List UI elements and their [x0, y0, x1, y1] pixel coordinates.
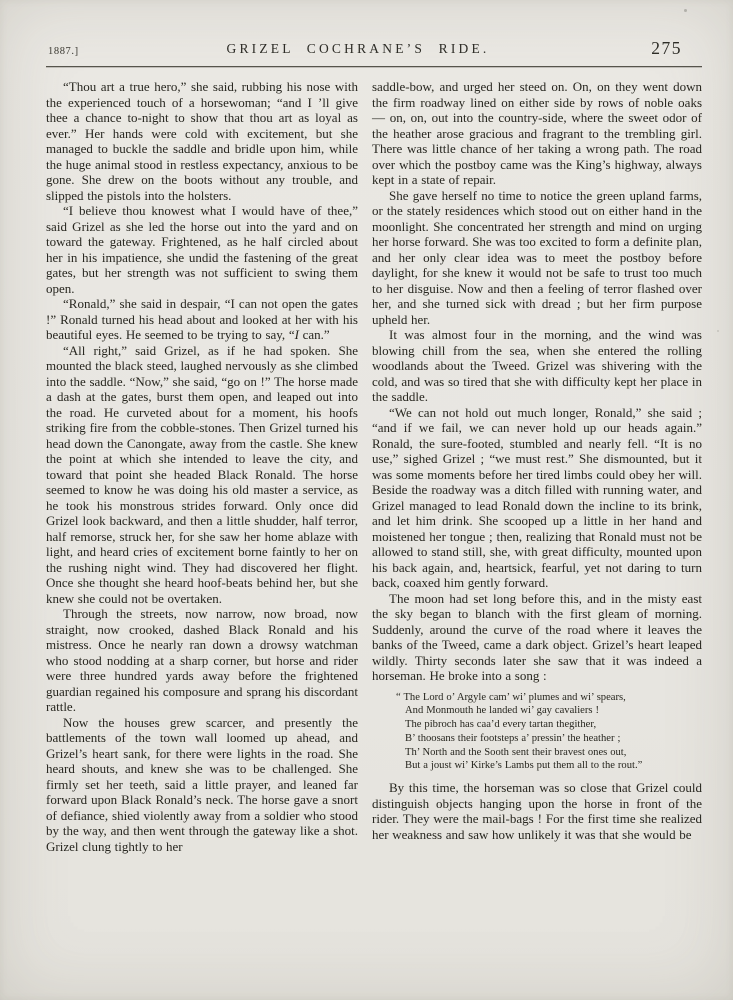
song-line: “ The Lord o’ Argyle cam’ wi’ plumes and… — [396, 691, 702, 705]
paragraph: By this time, the horseman was so close … — [372, 780, 702, 842]
song-line: The pibroch has caa’d every tartan thegi… — [396, 718, 702, 732]
song-line: But a joust wi’ Kirke’s Lambs put them a… — [396, 759, 702, 773]
left-column: “Thou art a true hero,” she said, rubbin… — [46, 79, 358, 854]
song-line: Th’ North and the Sooth sent their brave… — [396, 746, 702, 760]
song-verse: “ The Lord o’ Argyle cam’ wi’ plumes and… — [396, 691, 702, 774]
song-line: B’ thoosans their footsteps a’ pressin’ … — [396, 732, 702, 746]
paragraph-text: can.” — [299, 327, 330, 342]
scan-speck — [684, 9, 687, 12]
page-title: GRIZEL COCHRANE’S RIDE. — [30, 41, 686, 57]
paragraph-continuation: saddle-bow, and urged her steed on. On, … — [372, 79, 702, 188]
paragraph: “Thou art a true hero,” she said, rubbin… — [46, 79, 358, 203]
song-line: And Monmouth he landed wi’ gay cavaliers… — [396, 704, 702, 718]
paragraph: “I believe thou knowest what I would hav… — [46, 203, 358, 296]
paragraph: Now the houses grew scarcer, and present… — [46, 715, 358, 855]
right-column: saddle-bow, and urged her steed on. On, … — [372, 79, 702, 854]
paragraph: “Ronald,” she said in despair, “I can no… — [46, 296, 358, 343]
paragraph: Through the streets, now narrow, now bro… — [46, 606, 358, 715]
paragraph: It was almost four in the morning, and t… — [372, 327, 702, 405]
page-number: 275 — [651, 38, 682, 59]
header-rule — [46, 66, 702, 67]
paragraph: The moon had set long before this, and i… — [372, 591, 702, 684]
page-header: 1887.] GRIZEL COCHRANE’S RIDE. 275 — [46, 38, 702, 62]
paragraph: “All right,” said Grizel, as if he had s… — [46, 343, 358, 607]
paragraph: “We can not hold out much longer, Ronald… — [372, 405, 702, 591]
paragraph: She gave herself no time to notice the g… — [372, 188, 702, 328]
text-columns: “Thou art a true hero,” she said, rubbin… — [46, 79, 702, 854]
scanned-book-page: 1887.] GRIZEL COCHRANE’S RIDE. 275 “Thou… — [0, 0, 733, 1000]
scan-speck — [717, 330, 719, 332]
